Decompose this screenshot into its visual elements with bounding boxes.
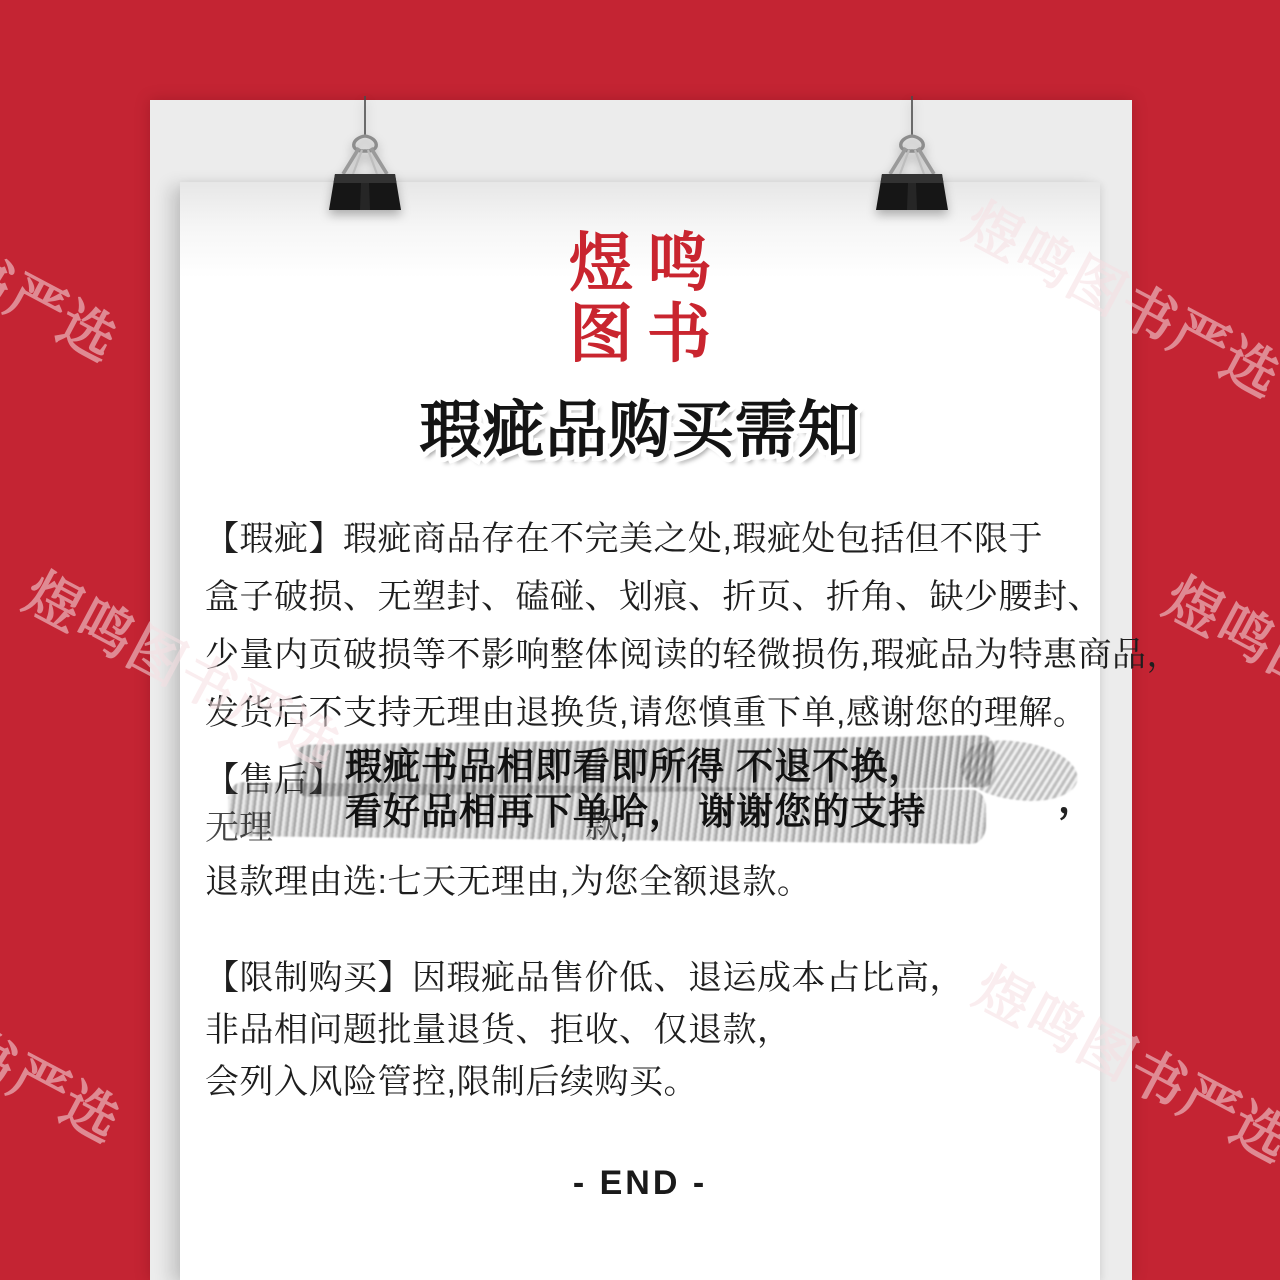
defect-line: 盒子破损、无塑封、磕碰、划痕、折页、折角、缺少腰封、	[205, 568, 1181, 626]
marker-overlay-line-1: 瑕疵书品相即看即所得 不退不换，	[345, 744, 926, 789]
marker-overlay-line-2: 看好品相再下单哈， 谢谢您的支持	[345, 789, 926, 834]
poster-page: { "watermark": { "text": "煜鸣图书严选" }, "po…	[0, 0, 1280, 1280]
marker-overlay-note: 瑕疵书品相即看即所得 不退不换， 看好品相再下单哈， 谢谢您的支持	[345, 744, 926, 834]
restrict-line: 【限制购买】因瑕疵品售价低、退运成本占比高，	[205, 952, 964, 1004]
refund-line: 退款理由选:七天无理由,为您全额退款。	[205, 854, 811, 903]
restrict-line: 会列入风险管控,限制后续购买。	[205, 1056, 964, 1108]
brand-logo-line-2: 图书	[0, 299, 1280, 370]
restrict-line: 非品相问题批量退货、拒收、仅退款，	[205, 1004, 964, 1056]
poster-content: 煜鸣 图书 瑕疵品购买需知 瑕疵品购买需知 【瑕疵】瑕疵商品存在不完美之处,瑕疵…	[0, 0, 1280, 1280]
poster-title: 瑕疵品购买需知 瑕疵品购买需知	[0, 398, 1280, 464]
defect-line: 【瑕疵】瑕疵商品存在不完美之处,瑕疵处包括但不限于	[205, 510, 1181, 568]
restrict-section: 【限制购买】因瑕疵品售价低、退运成本占比高， 非品相问题批量退货、拒收、仅退款，…	[205, 952, 964, 1108]
poster-title-text: 瑕疵品购买需知	[0, 398, 1280, 464]
defect-section: 【瑕疵】瑕疵商品存在不完美之处,瑕疵处包括但不限于 盒子破损、无塑封、磕碰、划痕…	[205, 510, 1181, 742]
hidden-text-fragment-comma: ，	[1058, 768, 1096, 823]
binder-clip-right-icon	[870, 96, 954, 218]
defect-line: 少量内页破损等不影响整体阅读的轻微损伤,瑕疵品为特惠商品，	[205, 626, 1181, 684]
binder-clip-left-icon	[323, 96, 407, 218]
end-mark: - END -	[0, 1164, 1280, 1203]
defect-line: 发货后不支持无理由退换货,请您慎重下单,感谢您的理解。	[205, 684, 1181, 742]
brand-logo-line-1: 煜鸣	[0, 228, 1280, 299]
brand-logo: 煜鸣 图书	[0, 228, 1280, 370]
